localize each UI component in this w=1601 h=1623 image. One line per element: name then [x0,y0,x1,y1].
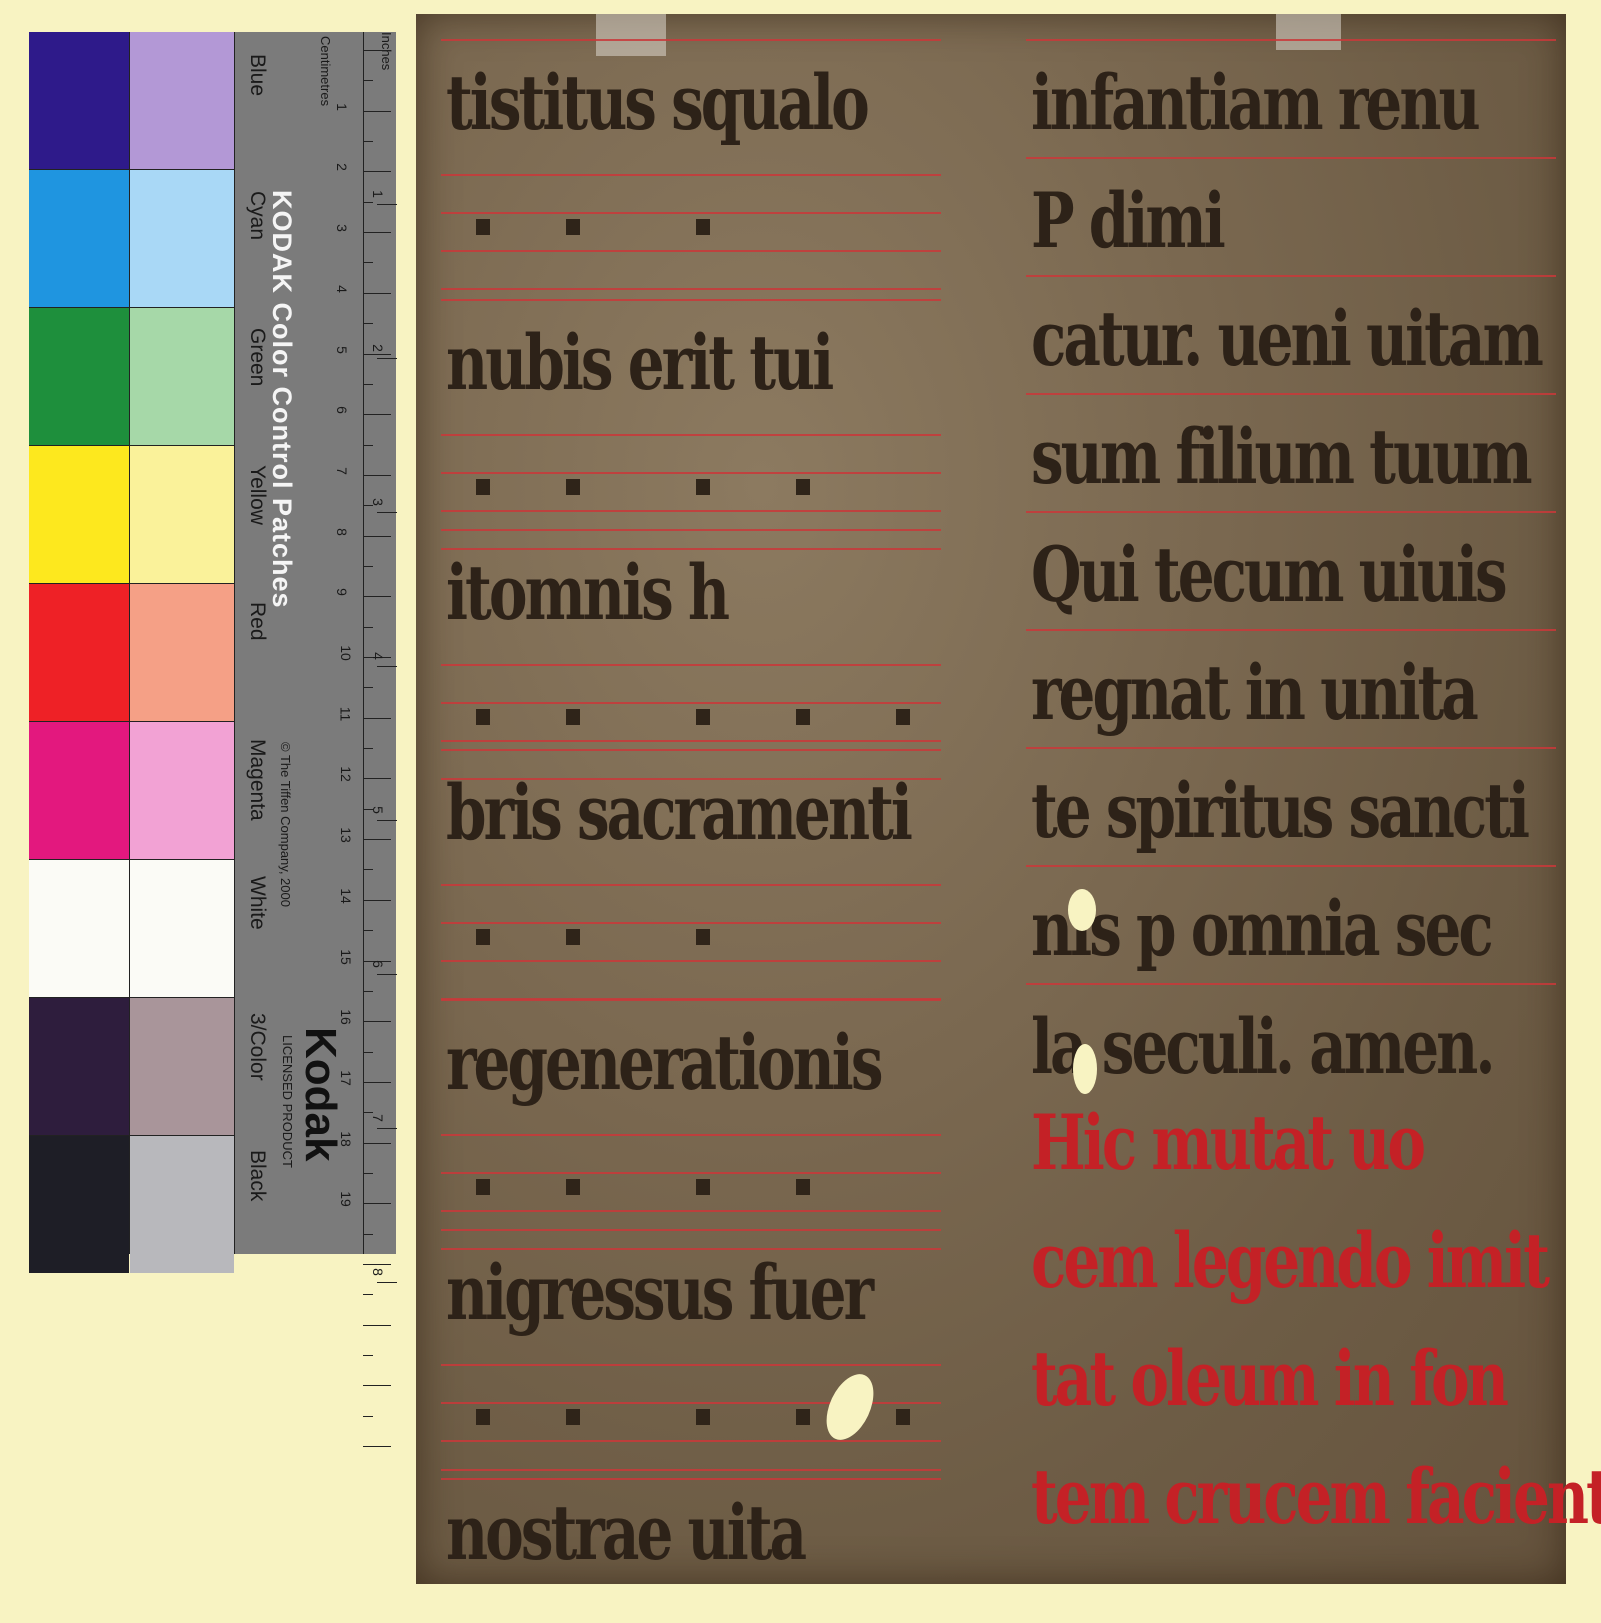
staff-line [441,702,941,704]
ruler-tick [363,80,373,81]
ruler-tick [363,50,391,51]
inch-tick-label: 8 [370,1268,386,1276]
color-patch-magenta-light [130,722,234,859]
ruler-tick [363,1052,373,1053]
text-line: regnat in unita [1031,649,1476,737]
staff-line [441,299,941,301]
ruler-tick [363,171,391,172]
inch-tick [377,1282,397,1283]
neume-note [566,219,580,235]
color-patch-grid [29,32,234,1254]
neume-note [696,479,710,495]
ruler-tick [363,475,391,476]
staff-line [441,999,941,1001]
licensed-text: LICENSED PRODUCT [280,1035,295,1168]
cm-tick-label: 9 [334,588,350,596]
neume-note [796,1179,810,1195]
inch-tick [377,666,397,667]
text-line: nubis erit tui [446,319,831,407]
ruler-tick [363,1294,373,1295]
ruler-tick [363,323,373,324]
gray-label-strip: KODAK Color Control Patches © The Tiffen… [234,32,396,1254]
neume-note [566,479,580,495]
staff-line [441,510,941,512]
ruler-tick [363,930,373,931]
staff-line [441,1134,941,1136]
cm-tick-label: 14 [338,888,354,904]
text-line: nigressus fuer [446,1249,871,1337]
text-line: te spiritus sancti [1031,767,1527,855]
inch-tick-label: 5 [370,806,386,814]
text-line: P dimi [1031,177,1223,265]
ruler-tick [363,718,391,719]
ruler-tick [363,1021,391,1022]
inch-tick-label: 3 [370,498,386,506]
staff-line [441,1469,941,1471]
ruler-tick [363,1416,373,1417]
staff-line [441,1229,941,1231]
staff-line [1026,511,1556,513]
color-patch-green-light [130,308,234,445]
staff-line [441,1478,941,1480]
text-line: nis p omnia sec [1031,885,1491,973]
ruler-tick [363,1203,391,1204]
text-line: tistitus squalo [446,59,867,147]
text-line: Hic mutat uo [1031,1099,1423,1187]
ruler-tick [363,536,391,537]
inch-tick [377,204,397,205]
centimetres-label: Centimetres [318,36,333,106]
ruler-tick [363,1234,373,1235]
ruler-tick [363,778,391,779]
staff-line [441,749,941,751]
ruler-tick [363,232,391,233]
staff-line [1026,865,1556,867]
patch-label: Red [245,602,269,641]
neume-note [696,929,710,945]
patch-label: Green [245,328,269,386]
cm-tick-label: 12 [338,767,354,783]
inch-tick-label: 6 [370,960,386,968]
cm-tick-label: 10 [338,645,354,661]
inch-tick-label: 7 [370,1114,386,1122]
ruler-tick [363,1143,391,1144]
color-patch-yellow-dark [29,446,129,583]
text-line: la seculi. amen. [1031,1003,1493,1091]
cm-tick-label: 3 [334,224,350,232]
color-patch-red-dark [29,584,129,721]
staff-line [1026,983,1556,985]
cm-tick-label: 5 [334,346,350,354]
staff-line [441,472,941,474]
cm-tick-label: 4 [334,285,350,293]
ruler-tick [363,627,373,628]
staff-line [441,922,941,924]
neume-note [476,709,490,725]
ruler-tick [363,293,391,294]
patch-label: Cyan [245,191,269,240]
ruler-tick [363,566,373,567]
neume-note [696,219,710,235]
ruler-tick [363,445,373,446]
cm-tick-label: 11 [337,706,353,721]
color-patch-cyan-light [130,170,234,307]
color-patch-green-dark [29,308,129,445]
neume-note [476,1409,490,1425]
color-patch-magenta-dark [29,722,129,859]
copyright-text: © The Tiffen Company, 2000 [278,742,293,907]
ruler: Inches 123456789101112131415161718191234… [363,32,397,1254]
kodak-color-control-chart: KODAK Color Control Patches © The Tiffen… [29,32,395,1254]
ruler-tick [363,1355,373,1356]
text-line: infantiam renu [1031,59,1478,147]
staff-line [1026,275,1556,277]
inch-tick-label: 2 [370,344,386,352]
color-patch-blue-dark [29,32,129,169]
cm-tick-label: 17 [338,1070,354,1086]
staff-line [441,174,941,176]
color-patch-3-color-dark [29,998,129,1135]
ruler-tick [363,1112,373,1113]
color-patch-black-light [130,1136,234,1273]
patch-label: Magenta [245,739,269,821]
staff-line [1026,39,1556,41]
staff-line [441,529,941,531]
staff-line [441,39,941,41]
ruler-tick [363,1264,391,1265]
text-line: Qui tecum uiuis [1031,531,1505,619]
cm-tick-label: 7 [334,467,350,475]
right-column: infantiam renuP dimicatur. ueni uitamsum… [1001,14,1566,1584]
neume-note [896,709,910,725]
text-line: tem crucem facientis [1031,1453,1601,1541]
ruler-tick [363,839,391,840]
ruler-tick [363,262,373,263]
cm-tick-label: 8 [334,528,350,536]
inch-tick [377,1128,397,1129]
neume-note [566,709,580,725]
inches-label: Inches [379,32,394,70]
ruler-tick [363,111,391,112]
cm-tick-label: 6 [334,406,350,414]
neume-note [476,479,490,495]
neume-note [566,929,580,945]
color-patch-3-color-light [130,998,234,1135]
chart-title: KODAK Color Control Patches [266,190,297,609]
patch-label: Blue [245,54,269,96]
text-line: itomnis h [446,549,727,637]
neume-note [476,929,490,945]
patch-label: Yellow [245,465,269,525]
text-line: regenerationis [446,1019,881,1107]
color-patch-white-dark [29,860,129,997]
worm-hole [1068,889,1096,931]
staff-line [441,1210,941,1212]
neume-note [476,1179,490,1195]
ruler-tick [363,354,391,355]
neume-note [476,219,490,235]
staff-line [441,250,941,252]
patch-label: Black [245,1150,269,1201]
color-patch-yellow-light [130,446,234,583]
cm-tick-label: 16 [338,1009,354,1025]
ruler-tick [363,869,373,870]
cm-tick-label: 19 [338,1192,354,1208]
neume-note [566,1409,580,1425]
text-line: bris sacramenti [446,769,910,857]
patch-label: White [245,876,269,930]
ruler-tick [363,414,391,415]
cm-tick-label: 1 [334,103,350,111]
neume-note [796,709,810,725]
color-patch-cyan-dark [29,170,129,307]
color-patch-red-light [130,584,234,721]
inch-tick [377,974,397,975]
color-patch-blue-light [130,32,234,169]
patch-label: 3/Color [245,1013,269,1081]
neume-note [696,1179,710,1195]
cm-tick-label: 2 [334,163,350,171]
inch-tick [377,820,397,821]
ruler-tick [363,991,373,992]
staff-line [441,884,941,886]
ruler-tick [363,1173,373,1174]
inch-tick [377,358,397,359]
ruler-tick [363,384,373,385]
staff-line [441,1440,941,1442]
color-patch-white-light [130,860,234,997]
ruler-tick [363,1082,391,1083]
text-line: sum filium tuum [1031,413,1530,501]
ruler-tick [363,1446,391,1447]
color-patch-black-dark [29,1136,129,1273]
cm-tick-label: 13 [338,827,354,843]
neume-note [696,1409,710,1425]
text-line: nostrae uita [446,1489,804,1577]
neume-note [896,1409,910,1425]
staff-line [1026,157,1556,159]
ruler-tick [363,1385,391,1386]
staff-line [441,288,941,290]
neume-note [796,1409,810,1425]
ruler-tick [363,141,373,142]
inch-tick-label: 1 [370,190,386,198]
staff-line [441,740,941,742]
cm-tick-label: 15 [338,949,354,965]
staff-line [1026,393,1556,395]
ruler-tick [363,1325,391,1326]
neume-note [696,709,710,725]
staff-line [441,664,941,666]
cm-tick-label: 18 [338,1131,354,1147]
staff-line [441,212,941,214]
ruler-tick [363,202,373,203]
text-line: tat oleum in fon [1031,1335,1506,1423]
text-line: cem legendo imit [1031,1217,1547,1305]
staff-line [441,960,941,962]
ruler-tick [363,748,373,749]
neume-note [566,1179,580,1195]
staff-line [1026,629,1556,631]
text-line: catur. ueni uitam [1031,295,1541,383]
ruler-tick [363,687,373,688]
worm-hole [1073,1044,1097,1094]
staff-line [1026,747,1556,749]
ruler-tick [363,596,391,597]
inch-tick [377,512,397,513]
neume-note [796,479,810,495]
ruler-tick [363,900,391,901]
inch-tick-label: 4 [370,652,386,660]
manuscript-leaf: tistitus squalonubis erit tuiitomnis hbr… [416,14,1566,1584]
staff-line [441,1172,941,1174]
staff-line [441,1364,941,1366]
staff-line [441,434,941,436]
left-column: tistitus squalonubis erit tuiitomnis hbr… [416,14,976,1584]
